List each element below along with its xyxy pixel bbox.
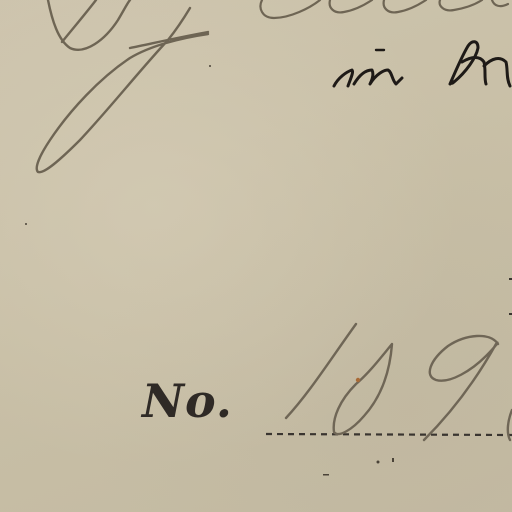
printed-number-label: No. [142, 378, 233, 424]
dotted-leader-line [266, 434, 512, 435]
place-line-ink [334, 42, 510, 86]
handwriting-strokes [0, 0, 512, 512]
heading-loops [261, 0, 509, 18]
pencil-number-strokes [286, 324, 512, 440]
paper-stain [356, 378, 360, 382]
heading-flourish [37, 0, 208, 172]
